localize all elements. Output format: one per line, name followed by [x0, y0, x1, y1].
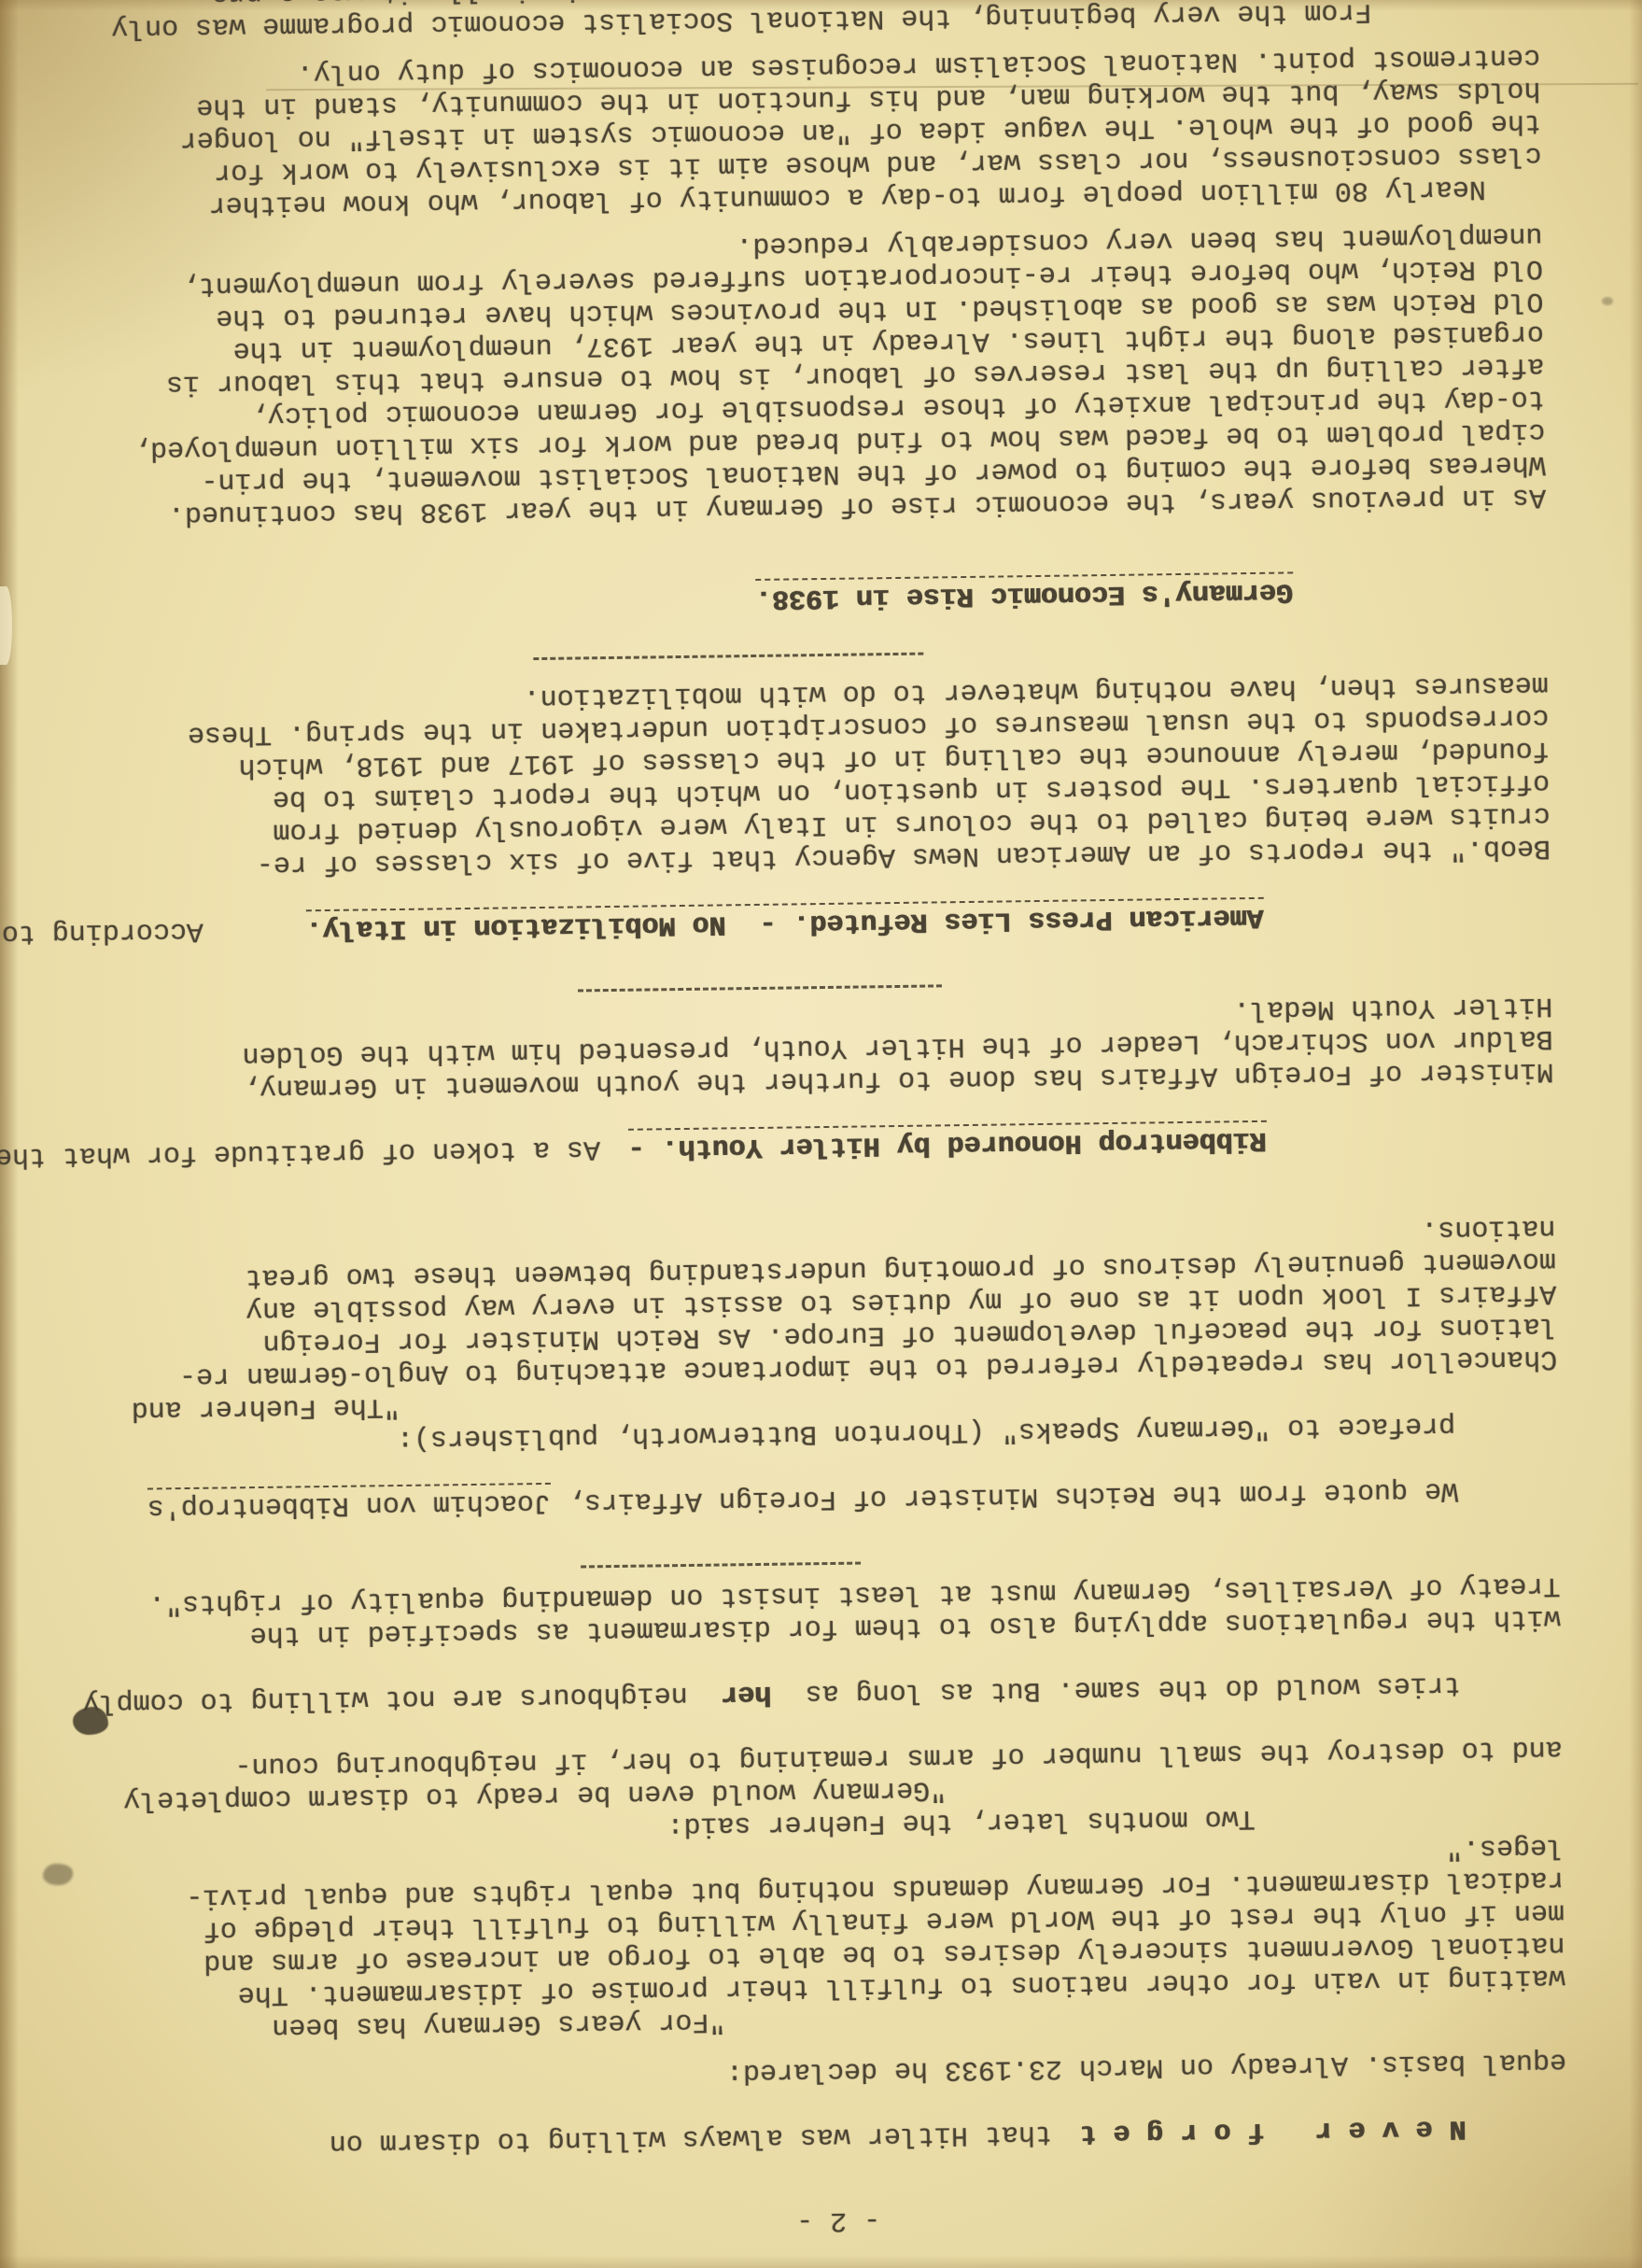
section-american-press: American Press Lies Refuted. - No Mobili…	[89, 668, 1552, 980]
ink-smudge	[43, 1864, 73, 1885]
paper-speck	[1602, 297, 1613, 305]
ribbentrop-name-underlined: Joachim von Ribbentrop's	[147, 1483, 552, 1524]
separator-line	[578, 984, 942, 992]
economic-rise-heading: Germany's Economic Rise in 1938.	[755, 571, 1294, 614]
ribbentrop-preface-intro: We quote from the Reichs Minister of For…	[98, 1407, 1560, 1557]
paper-edge-notch	[0, 586, 12, 665]
economy-paragraph-3: From the very beginning, the National So…	[77, 0, 1540, 44]
economy-paragraph-1: As in previous years, the economic rise …	[82, 218, 1546, 531]
hitler-quote-disarm: "Germany would even be ready to disarm c…	[100, 1569, 1563, 1816]
never-forget-emphasis: N e v e r f o r g e t	[1080, 2112, 1467, 2148]
intro-paragraph: N e v e r f o r g e tthat Hitler was alw…	[106, 2045, 1568, 2194]
separator-line	[581, 1562, 861, 1569]
her-emphasis: her	[721, 1678, 771, 1711]
economy-paragraph-2: Nearly 80 million people form to-day a c…	[80, 40, 1542, 222]
american-press-heading: American Press Lies Refuted. - No Mobili…	[306, 897, 1265, 945]
separator-line	[533, 653, 923, 660]
ribbentrop-preface-quote: "The Fuehrer and Chancellor has repeated…	[95, 1211, 1558, 1426]
ribbentrop-honoured-heading: Ribbentrop Honoured by Hitler Youth. -	[628, 1120, 1268, 1164]
economic-rise-heading-line: Germany's Economic Rise in 1938.	[87, 539, 1548, 655]
section-ribbentrop-honoured: Ribbentrop Honoured by Hitler Youth. -As…	[92, 989, 1555, 1204]
intro-line1-rest: that Hitler was always willing to disarm…	[330, 2118, 1053, 2159]
hitler-quote-1933: "For years Germany has been waiting in v…	[104, 1830, 1566, 2045]
typewritten-page-rotated-180: - 2 - N e v e r f o r g e tthat Hitler w…	[65, 19, 1588, 2247]
